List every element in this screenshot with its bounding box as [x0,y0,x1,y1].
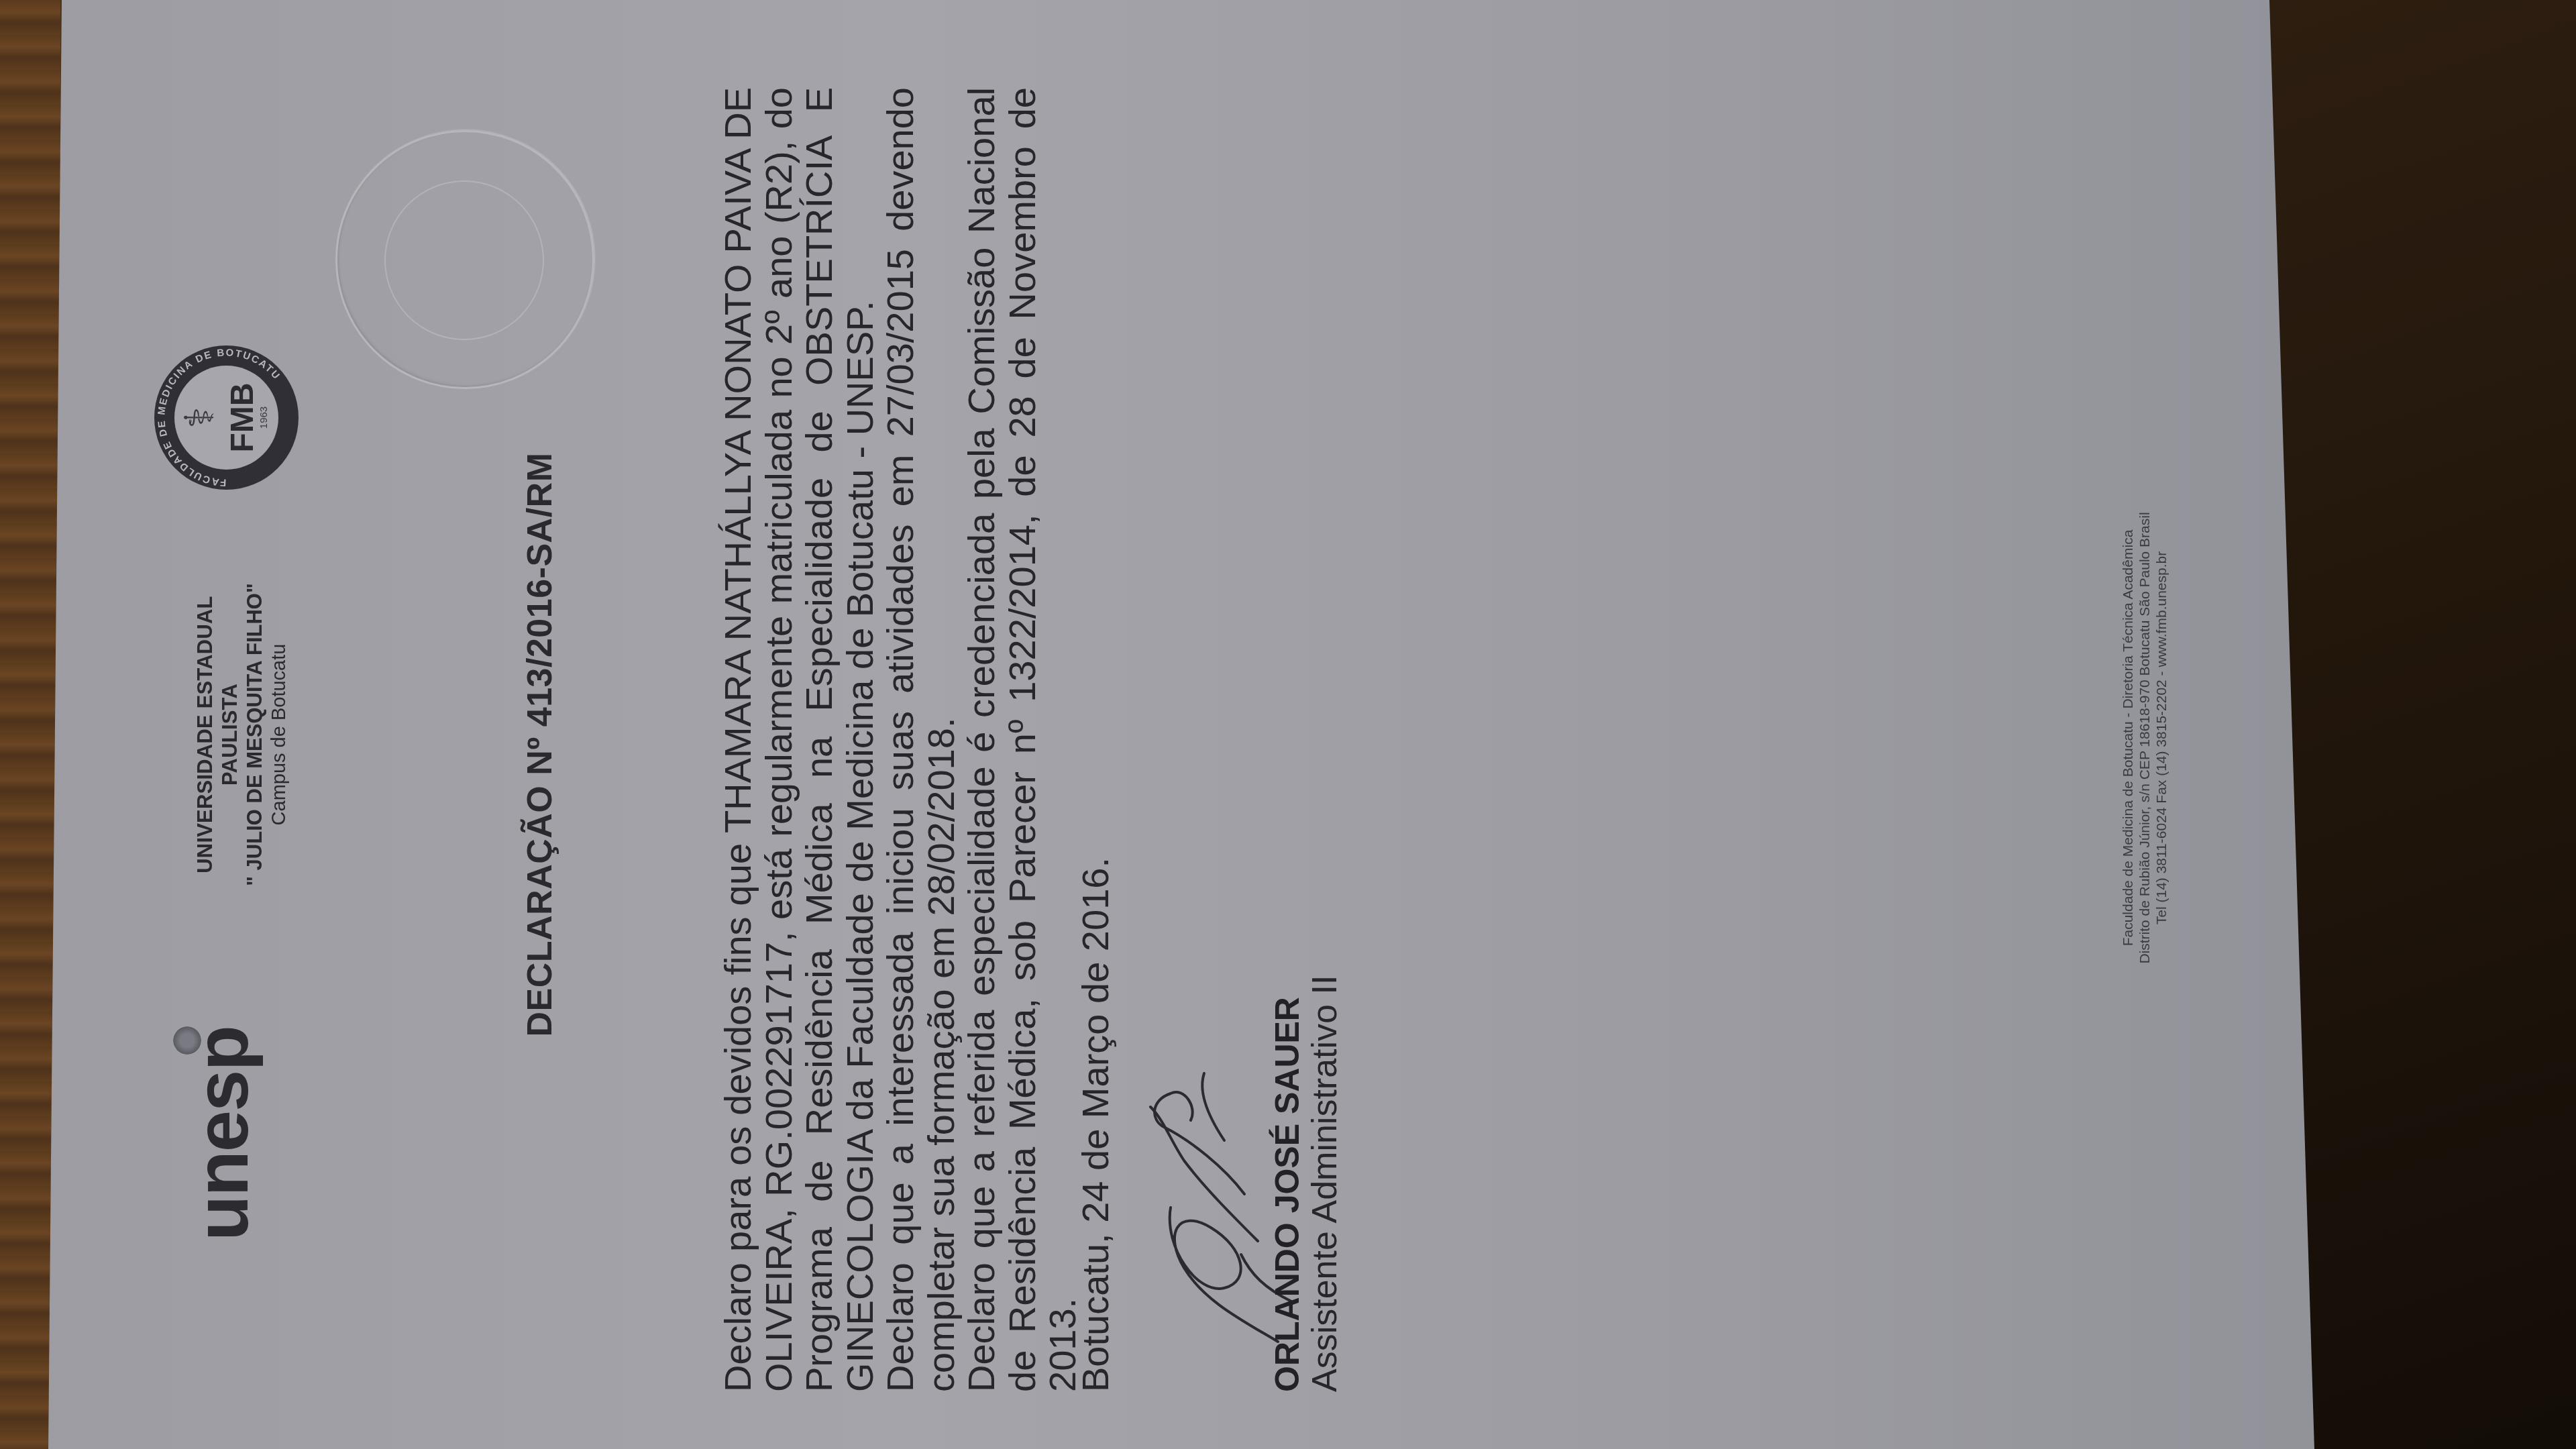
university-name: UNIVERSIDADE ESTADUAL PAULISTA [193,557,242,912]
unesp-star-icon [171,1024,203,1057]
body-paragraph: Declaro que a referida especialidade é c… [961,87,1083,1392]
footer-line-address: Distrito de Rubião Júnior, s/n CEP 18618… [2137,402,2153,1073]
body-paragraph: Declaro que a interessada iniciou suas a… [880,87,961,1392]
document-title: DECLARAÇÃO Nº 413/2016-SA/RM [520,0,560,1449]
body-paragraph: Declaro para os devidos fins que THAMARA… [718,87,880,1392]
signer-name: ORLANDO JOSÉ SAUER [1268,997,1307,1392]
declaration-body: Declaro para os devidos fins que THAMARA… [718,87,1083,1392]
page-footer: Faculdade de Medicina de Botucatu - Dire… [2120,402,2170,1073]
signer-role: Assistente Administrativo II [1305,975,1345,1392]
caduceus-icon: ⚕ [180,366,220,470]
footer-line-contact: Tel (14) 3811-6024 Fax (14) 3815-2202 - … [2153,402,2170,1073]
campus-name: Campus de Botucatu [268,557,291,912]
seal-year: 1963 [258,366,270,470]
footer-line-institution: Faculdade de Medicina de Botucatu - Dire… [2120,402,2137,1073]
document-page: unesp UNIVERSIDADE ESTADUAL PAULISTA " J… [50,0,2284,1449]
place-date: Botucatu, 24 de Março de 2016. [1073,857,1117,1392]
university-header: UNIVERSIDADE ESTADUAL PAULISTA " JULIO D… [193,557,290,912]
fmb-seal-logo: FACULDADE DE MEDICINA DE BOTUCATU ⚕ FMB … [154,345,299,490]
seal-abbreviation: FMB [227,366,259,470]
unesp-logo: unesp [184,1026,260,1241]
university-subtitle: " JULIO DE MESQUITA FILHO" [242,557,267,912]
wood-surface-right [2261,0,2576,1449]
